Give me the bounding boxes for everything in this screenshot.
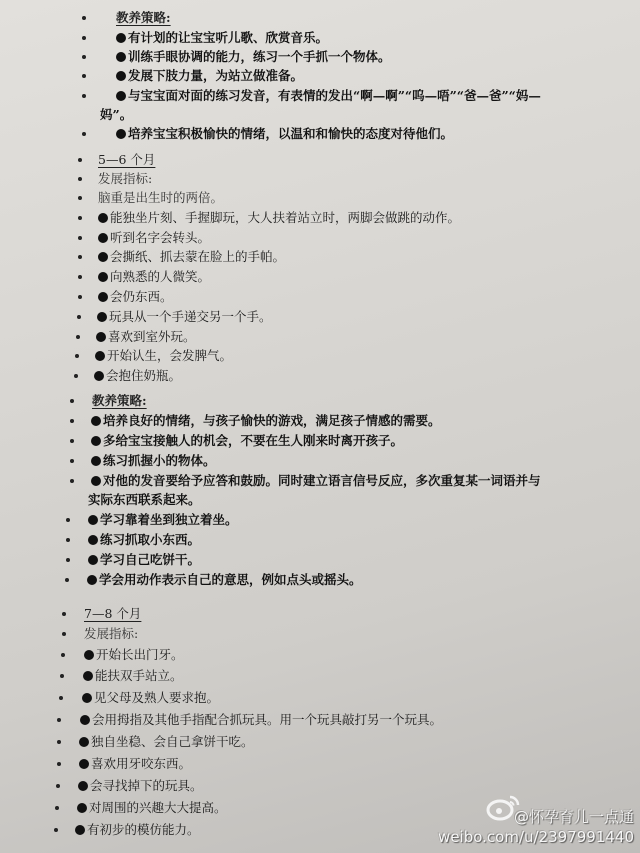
list-bullet-icon <box>78 216 82 220</box>
indicator-item-text: 能扶双手站立。 <box>83 666 183 686</box>
filled-circle-bullet-icon <box>91 436 101 446</box>
filled-circle-bullet-icon <box>116 33 126 43</box>
strategy-item-text: 学习自己吃饼干。 <box>88 550 200 570</box>
list-bullet-icon <box>75 354 79 358</box>
indicator-item-text: 有初步的模仿能力。 <box>75 820 200 840</box>
list-bullet-icon <box>78 196 82 200</box>
list-bullet-icon <box>70 399 74 403</box>
weibo-logo-icon <box>486 793 522 821</box>
filled-circle-bullet-icon <box>91 476 101 486</box>
filled-circle-bullet-icon <box>91 456 101 466</box>
indicator-item-text: 能独坐片刻、手握脚玩，大人扶着站立时，两脚会做跳的动作。 <box>98 208 460 228</box>
indicator-item-text: 会抱住奶瓶。 <box>94 366 181 386</box>
filled-circle-bullet-icon <box>95 351 105 361</box>
label-text: 脑重是出生时的两倍。 <box>98 188 223 208</box>
filled-circle-bullet-icon <box>79 737 89 747</box>
list-bullet-icon <box>70 419 74 423</box>
item-continuation-text: 实际东西联系起来。 <box>88 490 201 510</box>
list-bullet-icon <box>74 374 78 378</box>
indicator-item-text: 会仍东西。 <box>98 287 173 307</box>
list-bullet-icon <box>82 132 86 136</box>
filled-circle-bullet-icon <box>87 575 97 585</box>
list-bullet-icon <box>70 459 74 463</box>
weibo-watermark: @怀孕育儿一点通 weibo.com/u/2397991440 <box>438 807 634 847</box>
section-heading: 教养策略: <box>116 8 171 28</box>
list-bullet-icon <box>78 295 82 299</box>
list-bullet-icon <box>77 315 81 319</box>
item-continuation-text: 妈”。 <box>100 105 132 125</box>
list-bullet-icon <box>78 255 82 259</box>
strategy-item-text: 多给宝宝接触人的机会，不要在生人刚来时离开孩子。 <box>91 431 403 451</box>
list-bullet-icon <box>66 518 70 522</box>
age-range-heading: 7—8 个月 <box>84 604 141 624</box>
watermark-url: weibo.com/u/2397991440 <box>438 827 634 847</box>
filled-circle-bullet-icon <box>82 693 92 703</box>
list-bullet-icon <box>78 236 82 240</box>
list-bullet-icon <box>59 696 63 700</box>
filled-circle-bullet-icon <box>77 803 87 813</box>
list-bullet-icon <box>82 94 86 98</box>
indicator-item-text: 喜欢用牙咬东西。 <box>79 754 191 774</box>
filled-circle-bullet-icon <box>91 416 101 426</box>
filled-circle-bullet-icon <box>98 252 108 262</box>
filled-circle-bullet-icon <box>88 515 98 525</box>
list-bullet-icon <box>62 632 66 636</box>
list-bullet-icon <box>57 718 61 722</box>
indicator-item-text: 见父母及熟人要求抱。 <box>82 688 219 708</box>
filled-circle-bullet-icon <box>98 272 108 282</box>
filled-circle-bullet-icon <box>116 71 126 81</box>
filled-circle-bullet-icon <box>116 129 126 139</box>
list-bullet-icon <box>82 36 86 40</box>
strategy-item-text: 练习抓取小东西。 <box>88 530 200 550</box>
strategy-item-text: 对他的发音要给予应答和鼓励。同时建立语言信号反应，多次重复某一词语并与 <box>91 471 541 491</box>
document-page: 教养策略:有计划的让宝宝听儿歌、欣赏音乐。训练手眼协调的能力，练习一个手抓一个物… <box>0 0 640 853</box>
filled-circle-bullet-icon <box>97 312 107 322</box>
label-text: 发展指标: <box>84 624 138 644</box>
strategy-item-text: 培养宝宝积极愉快的情绪，以温和和愉快的态度对待他们。 <box>116 124 453 144</box>
list-bullet-icon <box>62 612 66 616</box>
filled-circle-bullet-icon <box>116 91 126 101</box>
list-bullet-icon <box>82 74 86 78</box>
list-bullet-icon <box>60 674 64 678</box>
list-bullet-icon <box>70 439 74 443</box>
filled-circle-bullet-icon <box>88 555 98 565</box>
filled-circle-bullet-icon <box>98 213 108 223</box>
list-bullet-icon <box>76 335 80 339</box>
filled-circle-bullet-icon <box>79 759 89 769</box>
list-bullet-icon <box>56 784 60 788</box>
indicator-item-text: 会撕纸、抓去蒙在脸上的手帕。 <box>98 247 285 267</box>
filled-circle-bullet-icon <box>96 332 106 342</box>
strategy-item-text: 练习抓握小的物体。 <box>91 451 216 471</box>
list-bullet-icon <box>55 806 59 810</box>
indicator-item-text: 喜欢到室外玩。 <box>96 327 196 347</box>
list-bullet-icon <box>78 158 82 162</box>
indicator-item-text: 独自坐稳、会自己拿饼干吃。 <box>79 732 254 752</box>
indicator-item-text: 会寻找掉下的玩具。 <box>78 776 203 796</box>
list-bullet-icon <box>65 578 69 582</box>
list-bullet-icon <box>78 275 82 279</box>
strategy-item-text: 学习靠着坐到独立着坐。 <box>88 510 238 530</box>
filled-circle-bullet-icon <box>98 292 108 302</box>
list-bullet-icon <box>78 177 82 181</box>
section-heading: 教养策略: <box>92 391 147 411</box>
watermark-handle: @怀孕育儿一点通 <box>438 807 634 827</box>
filled-circle-bullet-icon <box>78 781 88 791</box>
list-bullet-icon <box>66 538 70 542</box>
list-bullet-icon <box>57 762 61 766</box>
indicator-item-text: 玩具从一个手递交另一个手。 <box>97 307 272 327</box>
filled-circle-bullet-icon <box>88 535 98 545</box>
list-bullet-icon <box>82 16 86 20</box>
strategy-item-text: 与宝宝面对面的练习发音，有表情的发出“啊—啊”“呜—唔”“爸—爸”“妈— <box>116 86 541 106</box>
filled-circle-bullet-icon <box>116 52 126 62</box>
list-bullet-icon <box>54 828 58 832</box>
filled-circle-bullet-icon <box>75 825 85 835</box>
list-bullet-icon <box>66 558 70 562</box>
strategy-item-text: 发展下肢力量，为站立做准备。 <box>116 66 303 86</box>
filled-circle-bullet-icon <box>83 671 93 681</box>
age-range-heading: 5—6 个月 <box>98 150 155 170</box>
label-text: 发展指标: <box>98 169 152 189</box>
indicator-item-text: 开始认生，会发脾气。 <box>95 346 232 366</box>
list-bullet-icon <box>57 740 61 744</box>
filled-circle-bullet-icon <box>94 371 104 381</box>
indicator-item-text: 会用拇指及其他手指配合抓玩具。用一个玩具敲打另一个玩具。 <box>80 710 442 730</box>
strategy-item-text: 学会用动作表示自己的意思，例如点头或摇头。 <box>87 570 362 590</box>
strategy-item-text: 训练手眼协调的能力，练习一个手抓一个物体。 <box>116 47 391 67</box>
list-bullet-icon <box>70 479 74 483</box>
indicator-item-text: 对周围的兴趣大大提高。 <box>77 798 227 818</box>
filled-circle-bullet-icon <box>84 650 94 660</box>
filled-circle-bullet-icon <box>98 233 108 243</box>
list-bullet-icon <box>61 653 65 657</box>
filled-circle-bullet-icon <box>80 715 90 725</box>
indicator-item-text: 听到名字会转头。 <box>98 228 210 248</box>
list-bullet-icon <box>82 55 86 59</box>
strategy-item-text: 培养良好的情绪，与孩子愉快的游戏，满足孩子情感的需要。 <box>91 411 441 431</box>
indicator-item-text: 向熟悉的人微笑。 <box>98 267 210 287</box>
indicator-item-text: 开始长出门牙。 <box>84 645 184 665</box>
strategy-item-text: 有计划的让宝宝听儿歌、欣赏音乐。 <box>116 28 328 48</box>
